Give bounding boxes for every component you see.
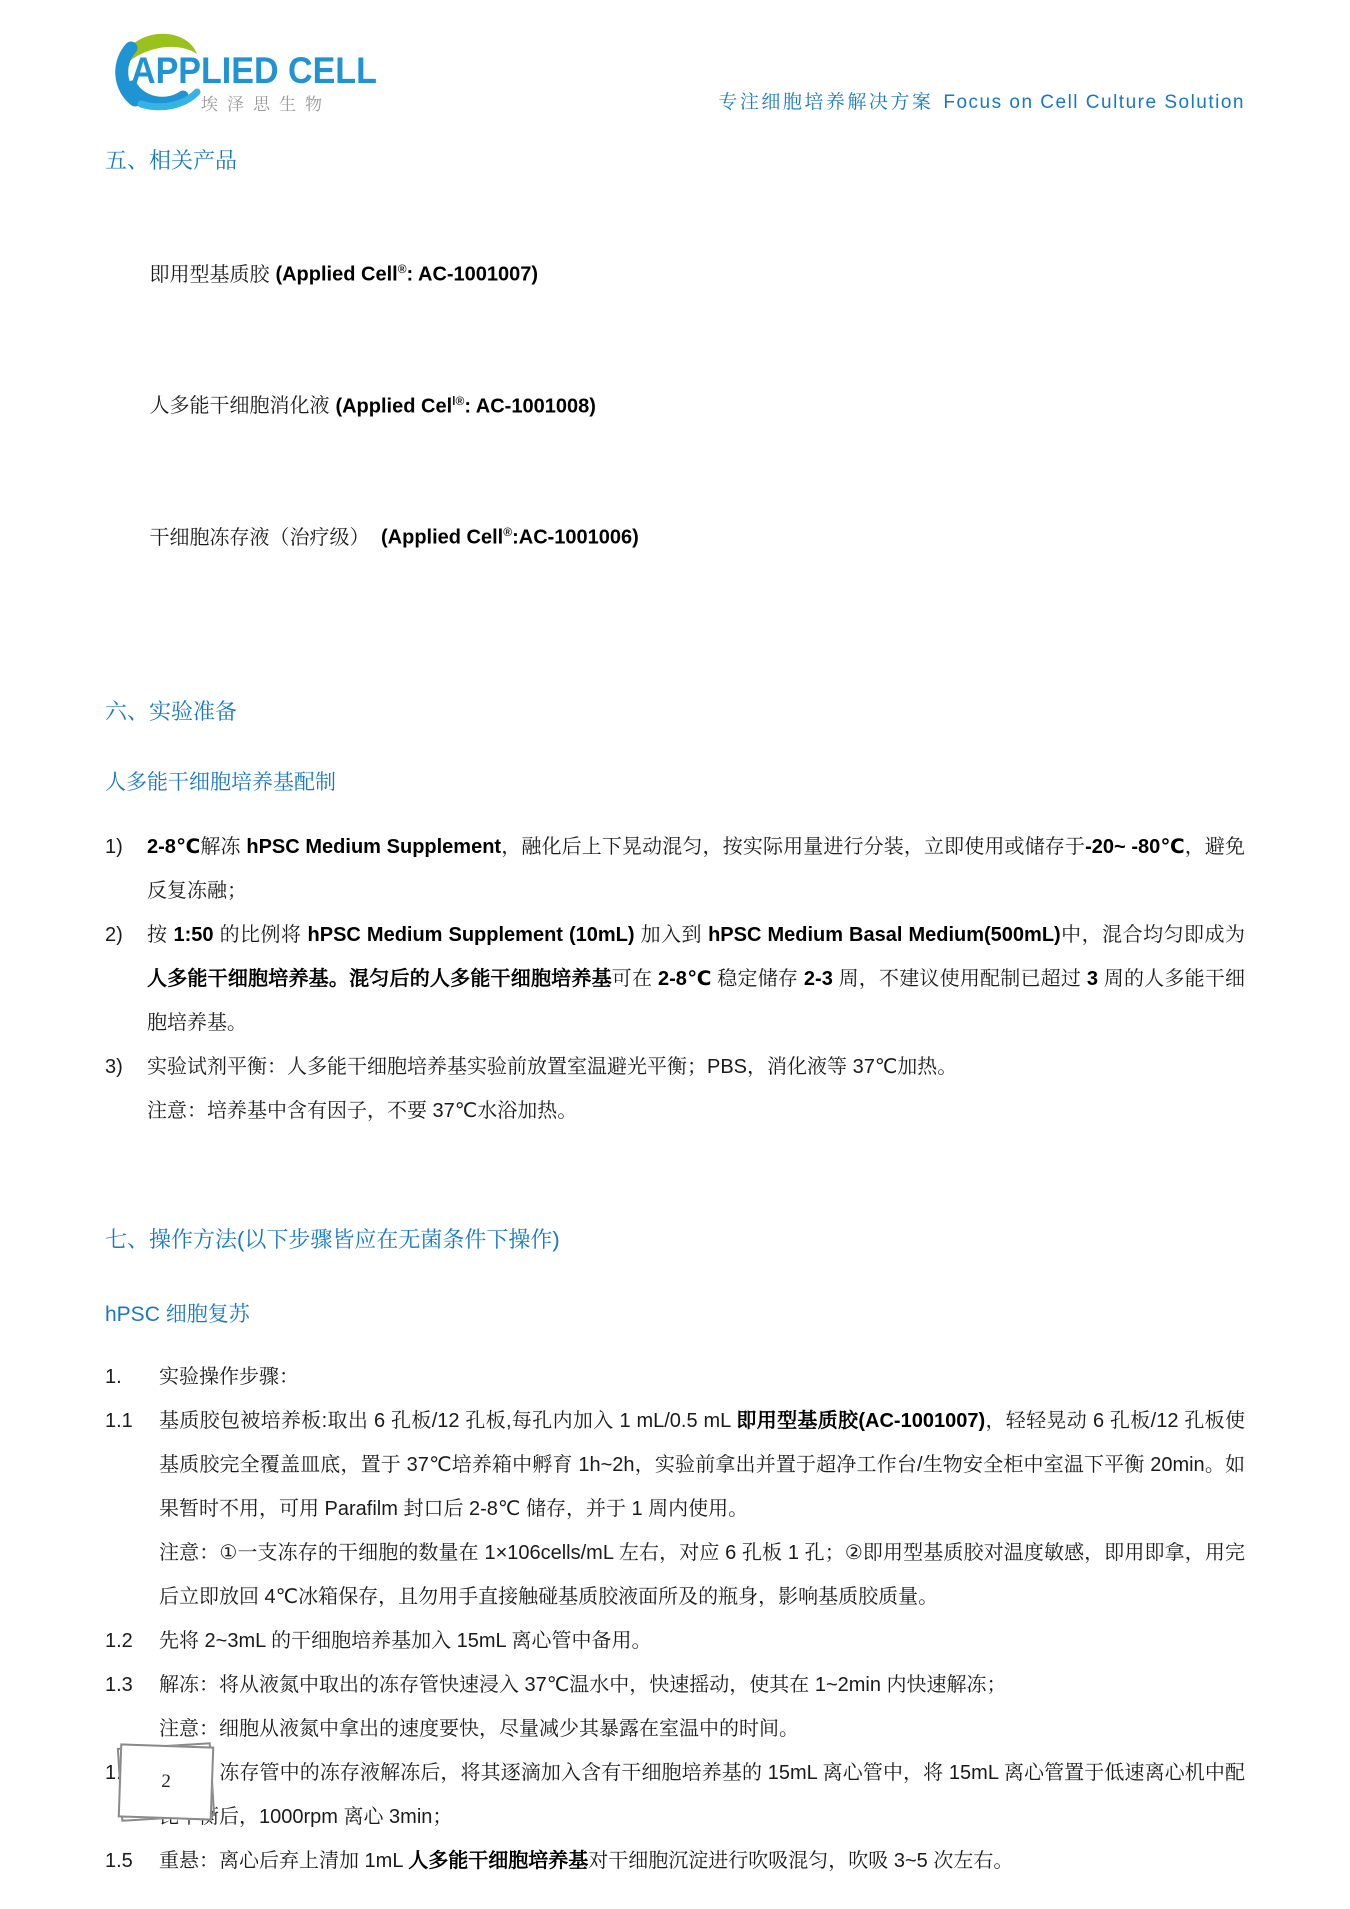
item-marker: 1.5 bbox=[105, 1839, 159, 1883]
list-item: 1) 2-8℃解冻 hPSC Medium Supplement，融化后上下晃动… bbox=[105, 825, 1245, 913]
list-item: 2) 按 1:50 的比例将 hPSC Medium Supplement (1… bbox=[105, 913, 1245, 1045]
list-item: 1.4 离心：冻存管中的冻存液解冻后，将其逐滴加入含有干细胞培养基的 15mL … bbox=[105, 1751, 1245, 1839]
logo-subbrand-text: 埃泽思生物 bbox=[201, 90, 331, 115]
page-number-frame: 2 bbox=[118, 1743, 215, 1820]
list-item: 1.2 先将 2~3mL 的干细胞培养基加入 15mL 离心管中备用。 bbox=[105, 1619, 1245, 1663]
item-text: 基质胶包被培养板:取出 6 孔板/12 孔板,每孔内加入 1 mL/0.5 mL… bbox=[159, 1399, 1245, 1531]
registered-mark: l® bbox=[452, 394, 464, 408]
section-5-heading: 五、相关产品 bbox=[105, 146, 1245, 176]
product-line: 人多能干细胞消化液(Applied Cell®: AC-1001008) bbox=[105, 338, 1245, 470]
item-text: 实验试剂平衡：人多能干细胞培养基实验前放置室温避光平衡；PBS，消化液等 37℃… bbox=[147, 1045, 1245, 1089]
document-body: 五、相关产品 即用型基质胶(Applied Cell®: AC-1001007)… bbox=[105, 118, 1245, 1883]
related-products-list: 即用型基质胶(Applied Cell®: AC-1001007) 人多能干细胞… bbox=[105, 206, 1245, 601]
product-line: 即用型基质胶(Applied Cell®: AC-1001007) bbox=[105, 206, 1245, 338]
document-page: APPLIED CELL 埃泽思生物 专注细胞培养解决方案Focus on Ce… bbox=[0, 0, 1350, 1909]
item-marker: 1. bbox=[105, 1355, 159, 1399]
medium-preparation-subheading: 人多能干细胞培养基配制 bbox=[105, 769, 1245, 797]
list-item: 3) 实验试剂平衡：人多能干细胞培养基实验前放置室温避光平衡；PBS，消化液等 … bbox=[105, 1045, 1245, 1089]
item-note: 注意：细胞从液氮中拿出的速度要快，尽量减少其暴露在室温中的时间。 bbox=[105, 1707, 1245, 1751]
preparation-steps-list: 1) 2-8℃解冻 hPSC Medium Supplement，融化后上下晃动… bbox=[105, 825, 1245, 1133]
item-marker: 1.3 bbox=[105, 1663, 159, 1707]
item-marker: 2) bbox=[105, 913, 147, 1045]
list-item: 1.3 解冻：将从液氮中取出的冻存管快速浸入 37℃温水中，快速摇动，使其在 1… bbox=[105, 1663, 1245, 1707]
page-number-decoration: 2 bbox=[116, 1742, 214, 1820]
item-text: 先将 2~3mL 的干细胞培养基加入 15mL 离心管中备用。 bbox=[159, 1619, 1245, 1663]
tagline-chinese: 专注细胞培养解决方案 bbox=[718, 92, 933, 113]
product-line: 干细胞冻存液（治疗级） (Applied Cell®:AC-1001006) bbox=[105, 469, 1245, 601]
section-6-heading: 六、实验准备 bbox=[105, 697, 1245, 727]
section-7-heading: 七、操作方法(以下步骤皆应在无菌条件下操作) bbox=[105, 1225, 1245, 1255]
item-text: 解冻：将从液氮中取出的冻存管快速浸入 37℃温水中，快速摇动，使其在 1~2mi… bbox=[159, 1663, 1245, 1707]
item-note: 注意：①一支冻存的干细胞的数量在 1×106cells/mL 左右，对应 6 孔… bbox=[105, 1531, 1245, 1619]
operation-steps-list: 1. 实验操作步骤： 1.1 基质胶包被培养板:取出 6 孔板/12 孔板,每孔… bbox=[105, 1355, 1245, 1883]
list-item: 1.5 重悬：离心后弃上清加 1mL 人多能干细胞培养基对干细胞沉淀进行吹吸混匀… bbox=[105, 1839, 1245, 1883]
page-header: APPLIED CELL 埃泽思生物 专注细胞培养解决方案Focus on Ce… bbox=[105, 26, 1245, 118]
hpsc-recovery-subheading: hPSC 细胞复苏 bbox=[105, 1301, 1245, 1329]
item-text: 重悬：离心后弃上清加 1mL 人多能干细胞培养基对干细胞沉淀进行吹吸混匀，吹吸 … bbox=[159, 1839, 1245, 1883]
registered-mark: ® bbox=[398, 262, 407, 276]
item-text: 按 1:50 的比例将 hPSC Medium Supplement (10mL… bbox=[147, 913, 1245, 1045]
page-number: 2 bbox=[161, 1771, 171, 1793]
registered-mark: ® bbox=[503, 525, 512, 539]
list-item: 1.1 基质胶包被培养板:取出 6 孔板/12 孔板,每孔内加入 1 mL/0.… bbox=[105, 1399, 1245, 1531]
applied-cell-logo: APPLIED CELL 埃泽思生物 bbox=[105, 26, 405, 118]
item-text: 2-8℃解冻 hPSC Medium Supplement，融化后上下晃动混匀，… bbox=[147, 825, 1245, 913]
item-note: 注意：培养基中含有因子，不要 37℃水浴加热。 bbox=[105, 1089, 1245, 1133]
item-text: 离心：冻存管中的冻存液解冻后，将其逐滴加入含有干细胞培养基的 15mL 离心管中… bbox=[159, 1751, 1245, 1839]
item-marker: 1.2 bbox=[105, 1619, 159, 1663]
header-tagline: 专注细胞培养解决方案Focus on Cell Culture Solution bbox=[718, 87, 1245, 118]
item-marker: 1.1 bbox=[105, 1399, 159, 1531]
item-text: 实验操作步骤： bbox=[159, 1355, 1245, 1399]
item-marker: 1) bbox=[105, 825, 147, 913]
item-marker: 3) bbox=[105, 1045, 147, 1089]
logo-brand-text: APPLIED CELL bbox=[131, 50, 377, 92]
list-item: 1. 实验操作步骤： bbox=[105, 1355, 1245, 1399]
tagline-english: Focus on Cell Culture Solution bbox=[943, 92, 1245, 113]
